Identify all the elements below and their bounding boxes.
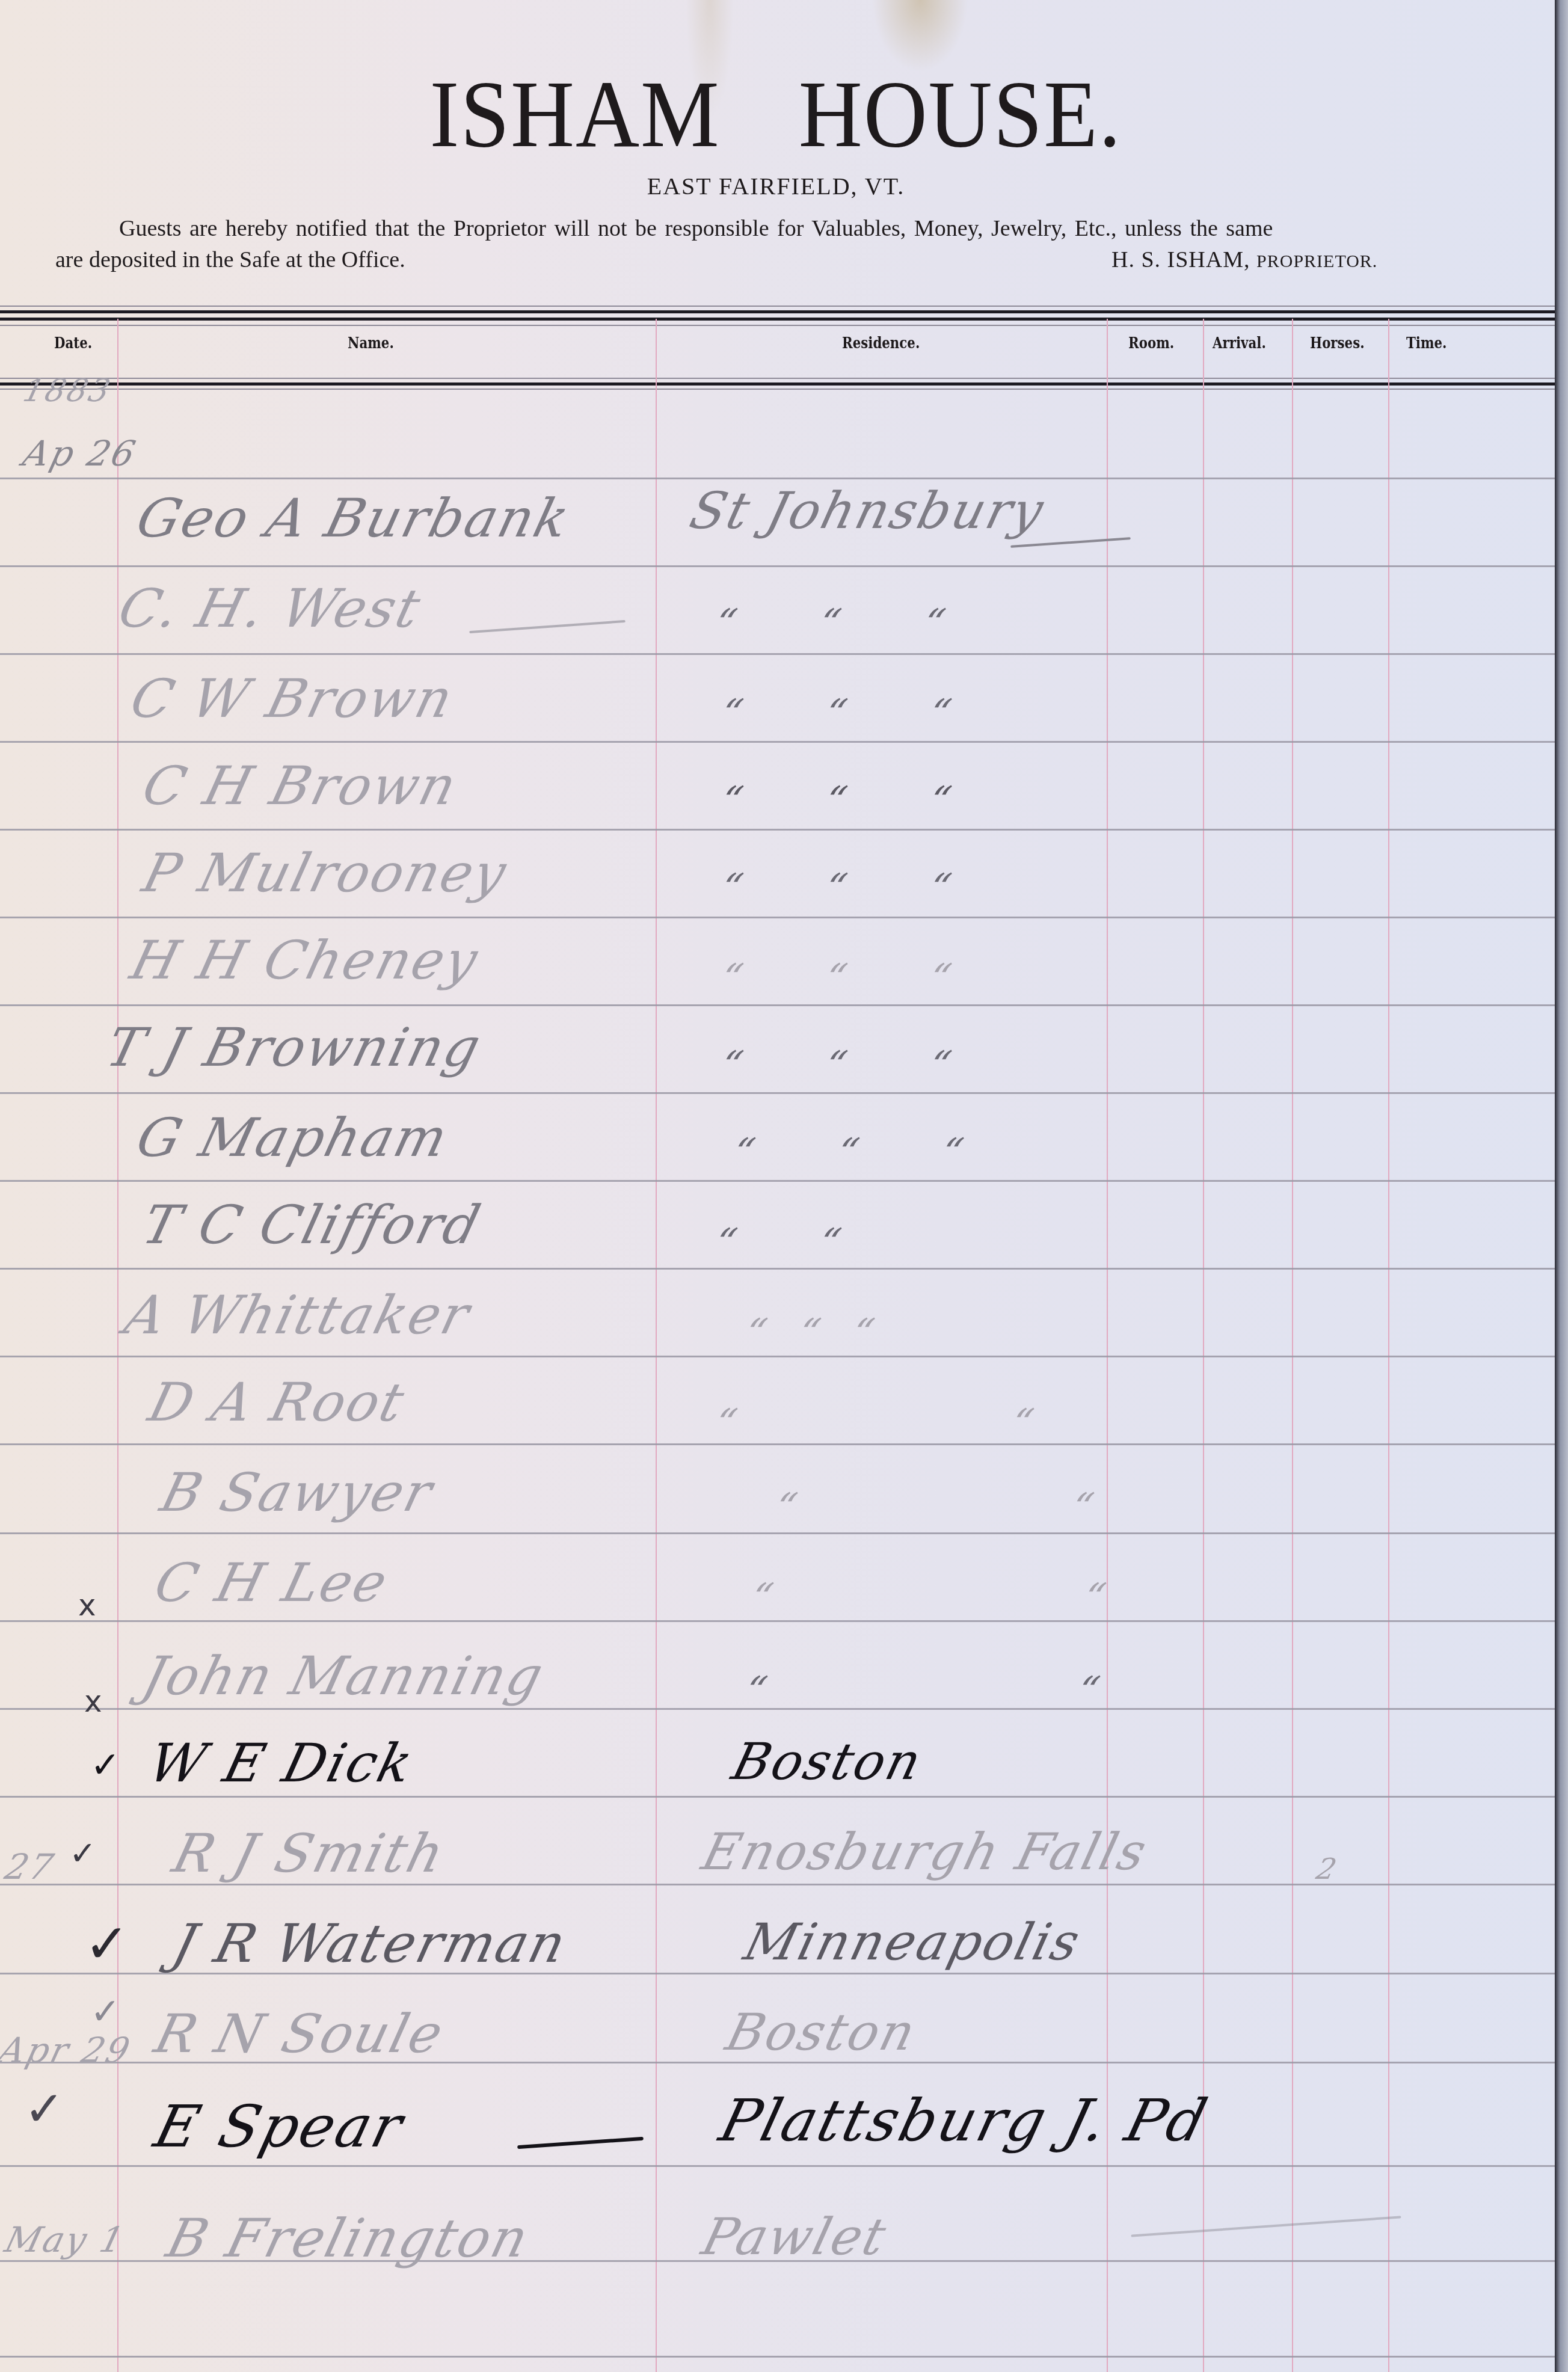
row-rule	[0, 1532, 1555, 1534]
column-header-room: Room.	[1128, 334, 1174, 352]
proprietor-name: H. S. ISHAM,	[1111, 247, 1250, 272]
cross-mark-icon: x	[84, 1684, 102, 1719]
header-rule	[0, 383, 1555, 386]
ditto-marks: “ “	[710, 1401, 1170, 1446]
guest-name: John Manning	[137, 1645, 550, 1707]
guest-name: C. H. West	[112, 577, 428, 639]
entry-date: Ap 26	[19, 433, 141, 474]
notice-line-2: are deposited in the Safe at the Office.	[55, 247, 405, 273]
guest-residence: Plattsburg J. Pd	[713, 2087, 1215, 2154]
guest-name: T J Browning	[100, 1016, 488, 1078]
cross-mark-icon: x	[78, 1588, 96, 1623]
book-binding-edge	[1555, 0, 1568, 2372]
guest-residence: Minneapolis	[739, 1913, 1087, 1971]
guest-name: C H Lee	[149, 1552, 395, 1614]
pen-flourish	[1131, 2216, 1401, 2237]
row-rule	[0, 2356, 1555, 2358]
guest-name: E Spear	[148, 2093, 411, 2160]
check-mark-icon: ✓	[24, 2081, 64, 2137]
column-divider	[1107, 319, 1108, 2372]
ditto-marks: “ “ “	[716, 956, 991, 1001]
row-rule	[0, 1092, 1555, 1094]
guest-name: Geo A Burbank	[131, 487, 577, 549]
guest-name: H H Cheney	[125, 929, 485, 991]
row-rule	[0, 1004, 1555, 1006]
row-rule	[0, 2165, 1555, 2167]
pen-flourish	[517, 2137, 644, 2149]
ditto-marks: “ “	[710, 1221, 881, 1265]
entry-date: 27	[1, 1846, 60, 1887]
check-mark-icon: ✓	[90, 1991, 120, 2033]
guest-name: P Mulrooney	[137, 842, 514, 904]
row-rule	[0, 829, 1555, 831]
location-subtitle: EAST FAIRFIELD, VT.	[0, 172, 1552, 200]
header-rule	[0, 325, 1555, 326]
guest-name: B Sawyer	[155, 1461, 440, 1523]
ditto-marks: “ “	[740, 1669, 1254, 1713]
ditto-marks: “ “ “	[716, 779, 991, 823]
pen-flourish	[469, 620, 626, 633]
title-word-isham: ISHAM	[430, 62, 721, 167]
row-rule	[0, 1268, 1555, 1270]
row-rule	[0, 1620, 1555, 1622]
guest-name: J R Waterman	[167, 1913, 574, 1974]
ditto-marks: “ “	[746, 1576, 1260, 1620]
guest-name: B Frelington	[161, 2207, 536, 2269]
proprietor-title: Proprietor.	[1256, 251, 1377, 271]
column-header-arrival: Arrival.	[1213, 334, 1266, 352]
header-rule	[0, 378, 1555, 379]
guest-name: W E Dick	[143, 1732, 420, 1794]
check-mark-icon: ✓	[90, 1744, 120, 1786]
guest-name: R N Soule	[149, 2003, 450, 2065]
guest-name: C W Brown	[125, 668, 460, 730]
header-rule	[0, 389, 1555, 390]
row-rule	[0, 917, 1555, 918]
entry-year: 1883	[20, 373, 115, 409]
column-divider	[1388, 319, 1389, 2372]
guest-residence: Boston	[727, 1732, 929, 1791]
ditto-marks: “ “ “	[740, 1311, 889, 1356]
guest-name: A Whittaker	[118, 1284, 477, 1346]
ditto-marks: “ “ “	[716, 866, 991, 911]
guest-name: T C Clifford	[137, 1194, 488, 1256]
column-header-horses: Horses.	[1310, 334, 1365, 352]
row-rule	[0, 565, 1555, 567]
column-divider	[1203, 319, 1204, 2372]
guest-name: R J Smith	[167, 1822, 452, 1884]
column-header-date: Date.	[54, 334, 92, 352]
entry-date: Apr 29	[0, 2030, 135, 2071]
page-title: ISHAMHOUSE.	[54, 60, 1497, 170]
proprietor-signature: H. S. ISHAM, Proprietor.	[1111, 247, 1377, 273]
row-rule	[0, 741, 1555, 743]
guest-name: C H Brown	[137, 755, 464, 817]
title-word-house: HOUSE.	[799, 62, 1122, 167]
guest-residence: Pawlet	[696, 2207, 893, 2266]
guest-residence: Enosburgh Falls	[696, 1822, 1154, 1881]
column-header-time: Time.	[1406, 334, 1447, 352]
check-mark-icon: ✓	[69, 1834, 96, 1872]
guest-residence: St Johnsbury	[684, 481, 1051, 540]
guest-residence: Boston	[721, 2003, 923, 2062]
column-header-name: Name.	[348, 334, 394, 352]
entry-date: May 1	[1, 2219, 130, 2260]
ditto-marks: “ “ “	[716, 692, 991, 736]
header-rule	[0, 310, 1555, 313]
ditto-marks: “ “	[770, 1486, 1230, 1530]
check-mark-icon: ✓	[84, 1913, 129, 1976]
guest-name: D A Root	[143, 1371, 411, 1433]
guest-name: G Mapham	[131, 1107, 455, 1169]
column-divider	[1292, 319, 1293, 2372]
ditto-marks: “ “ “	[728, 1131, 1003, 1175]
row-rule	[0, 1796, 1555, 1798]
ditto-marks: “ “ “	[716, 1043, 991, 1088]
row-rule	[0, 478, 1555, 479]
header-rule	[0, 318, 1555, 321]
column-header-residence: Residence.	[842, 334, 920, 352]
horses-count: 2	[1313, 1852, 1342, 1886]
row-rule	[0, 1180, 1555, 1182]
column-divider	[656, 319, 657, 2372]
ditto-marks: “ “ “	[710, 601, 985, 646]
header-rule	[0, 306, 1555, 307]
notice-line-1: Guests are hereby notified that the Prop…	[119, 215, 1273, 242]
row-rule	[0, 653, 1555, 655]
row-rule	[0, 1356, 1555, 1357]
